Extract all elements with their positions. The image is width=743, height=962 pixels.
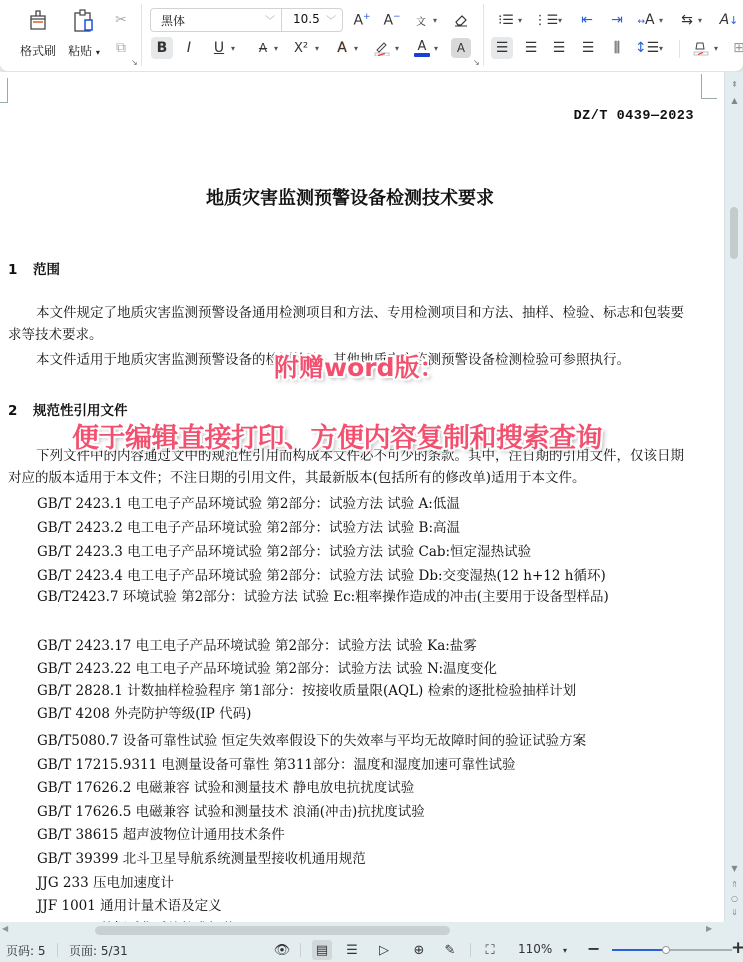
char-spacing-icon: ↔A (637, 12, 654, 28)
underline-button[interactable]: U (208, 37, 230, 59)
format-painter-label: 格式刷 (20, 42, 56, 59)
line-spacing-icon: ↕☰ (635, 40, 659, 56)
previous-page-icon[interactable]: ⇞ (729, 80, 740, 89)
font-size-select[interactable]: 10.5 ﹀ (281, 8, 343, 32)
reference-item: GB/T 2828.1 计数抽样检验程序 第1部分：按接收质量限(AQL) 检索… (37, 679, 576, 699)
document-title: 地质灾害监测预警设备检测技术要求 (0, 184, 700, 210)
outline-icon: ☰ (346, 943, 358, 958)
copy-icon: ⧉ (116, 40, 126, 56)
sort-icon: A↓ (720, 12, 739, 28)
eraser-icon (453, 13, 469, 27)
phonetic-guide-icon: 文 (416, 13, 426, 28)
zoom-level-select[interactable]: 110% (518, 942, 552, 956)
reference-item: GB/T 17626.5 电磁兼容 试验和测量技术 浪涌(冲击)抗扰度试验 (37, 800, 425, 820)
chevron-down-icon: ﹀ (326, 12, 336, 27)
scroll-down-arrow-icon[interactable]: ▼ (729, 864, 740, 873)
margin-marker (701, 74, 717, 99)
horizontal-scroll-thumb[interactable] (95, 926, 450, 935)
strikethrough-button[interactable]: A (252, 37, 274, 59)
font-dialog-launcher-icon[interactable]: ↘ (473, 58, 480, 67)
char-spacing-button[interactable]: ↔A (635, 9, 657, 31)
borders-button[interactable]: ⊞ (728, 37, 743, 59)
zoom-slider-fill (612, 949, 665, 951)
chevron-down-icon[interactable]: ▾ (395, 44, 399, 53)
highlight-button[interactable] (371, 37, 393, 59)
reference-item: GB/T2423.7 环境试验 第2部分：试验方法 试验 Ec:粗率操作造成的冲… (8, 585, 698, 609)
cut-button[interactable]: ✂ (110, 9, 132, 31)
document-page[interactable]: DZ/T 0439—2023 地质灾害监测预警设备检测技术要求 1范围 本文件规… (0, 72, 724, 922)
text-effect-icon: A (337, 40, 347, 56)
zoom-slider-handle[interactable] (662, 946, 670, 954)
page-view-icon: ▤ (316, 943, 328, 958)
pen-icon: ✎ (445, 943, 456, 958)
highlighter-icon (373, 40, 391, 56)
sort-button[interactable]: A↓ (718, 9, 740, 31)
reference-item: GB/T 2423.22 电工电子产品环境试验 第2部分：试验方法 试验 N:温… (37, 657, 497, 677)
increase-indent-button[interactable]: ⇥ (606, 9, 628, 31)
underline-icon: U (214, 40, 224, 56)
fit-screen-icon: ⛶ (485, 943, 494, 958)
distributed-align-button[interactable]: ⫼ (606, 37, 628, 59)
text-direction-icon: ⇆ (681, 12, 693, 28)
chevron-down-icon[interactable]: ▾ (434, 44, 438, 53)
status-separator (300, 943, 301, 957)
justify-icon: ☰ (582, 40, 595, 56)
chevron-down-icon[interactable]: ▾ (518, 16, 522, 25)
document-canvas[interactable]: DZ/T 0439—2023 地质灾害监测预警设备检测技术要求 1范围 本文件规… (0, 72, 724, 922)
font-color-bar (414, 53, 430, 57)
justify-button[interactable]: ☰ (577, 37, 599, 59)
chevron-down-icon[interactable]: ▾ (274, 44, 278, 53)
reference-item: GB/T 2423.2 电工电子产品环境试验 第2部分：试验方法 试验 B:高温 (37, 516, 460, 536)
format-painter-button[interactable]: 格式刷 (16, 6, 60, 62)
chevron-down-icon[interactable]: ▾ (563, 946, 567, 955)
vertical-scroll-thumb[interactable] (730, 207, 738, 259)
bullet-list-icon: ⁝☰ (498, 13, 514, 28)
section-number: 1 (8, 262, 33, 278)
superscript-button[interactable]: X² (290, 37, 312, 59)
bullets-button[interactable]: ⁝☰ (495, 9, 517, 31)
wps-writer-window: 格式刷 粘贴 ▾ ✂ ⧉ ↘ 黑体 ﹀ 10.5 ﹀ A+ (0, 0, 743, 962)
shrink-font-button[interactable]: A− (381, 9, 403, 31)
ribbon-separator (679, 40, 680, 58)
chevron-down-icon[interactable]: ▾ (433, 16, 437, 25)
reference-item: GB/T 17626.2 电磁兼容 试验和测量技术 静电放电抗扰度试验 (37, 776, 414, 796)
shrink-font-icon: A− (383, 12, 400, 29)
paste-icon (71, 8, 97, 34)
previous-page-icon[interactable]: ⇑ (729, 880, 740, 889)
page-view-button[interactable]: ▤ (312, 940, 332, 960)
text-effect-button[interactable]: A (331, 37, 353, 59)
align-right-icon: ☰ (553, 40, 566, 56)
chevron-down-icon[interactable]: ▾ (659, 44, 663, 53)
ribbon-separator (141, 4, 142, 66)
font-name-select[interactable]: 黑体 ﹀ (150, 8, 282, 32)
line-spacing-button[interactable]: ↕☰ (636, 37, 658, 59)
draw-button[interactable]: ✎ (440, 940, 460, 960)
font-size-value: 10.5 (293, 12, 320, 26)
borders-icon: ⊞ (733, 40, 743, 56)
grow-font-icon: A+ (353, 12, 370, 29)
play-icon: ▷ (379, 943, 389, 958)
standard-number: DZ/T 0439—2023 (574, 109, 694, 124)
align-center-icon: ☰ (525, 40, 538, 56)
margin-marker (0, 78, 8, 103)
indent-icon: ⇥ (611, 12, 623, 28)
outdent-icon: ⇤ (581, 12, 593, 28)
chevron-down-icon: ﹀ (265, 12, 275, 27)
section-heading: 1范围 (8, 258, 60, 278)
web-layout-button[interactable]: ⊕ (409, 940, 429, 960)
reference-item: GB/T 17215.9311 电测量设备可靠性 第311部分：温度和湿度加速可… (37, 753, 516, 773)
select-browse-object-icon[interactable]: ○ (729, 894, 740, 903)
ribbon-toolbar: 格式刷 粘贴 ▾ ✂ ⧉ ↘ 黑体 ﹀ 10.5 ﹀ A+ (0, 0, 743, 72)
page-number-indicator[interactable]: 页码: 5 (6, 942, 46, 959)
promo-watermark-line1: 附赠word版： (274, 348, 445, 384)
bold-icon: B (157, 40, 168, 56)
distributed-align-icon: ⫼ (614, 40, 620, 56)
clear-format-button[interactable] (450, 9, 472, 31)
section-number: 2 (8, 403, 33, 419)
shading-button[interactable] (690, 37, 712, 59)
align-center-button[interactable]: ☰ (520, 37, 542, 59)
page-count-indicator[interactable]: 页面: 5/31 (69, 942, 128, 959)
chevron-down-icon[interactable]: ▾ (354, 44, 358, 53)
copy-button[interactable]: ⧉ (110, 37, 132, 59)
outline-view-button[interactable]: ☰ (342, 940, 362, 960)
paragraph: 本文件规定了地质灾害监测预警设备通用检测项目和方法、专用检测项目和方法、抽样、检… (8, 302, 694, 346)
scroll-right-arrow-icon[interactable]: ▶ (706, 924, 712, 933)
ribbon-separator (483, 4, 484, 66)
align-left-button[interactable]: ☰ (491, 37, 513, 59)
superscript-icon: X² (294, 41, 308, 56)
font-color-icon: A (418, 40, 427, 53)
align-left-icon: ☰ (496, 40, 509, 56)
paste-label: 粘贴 ▾ (68, 42, 100, 59)
chevron-down-icon[interactable]: ▾ (558, 16, 562, 25)
numbering-button[interactable]: ⋮☰ (535, 9, 557, 31)
play-button[interactable]: ▷ (374, 940, 394, 960)
reference-item: GB/T 39399 北斗卫星导航系统测量型接收机通用规范 (37, 847, 366, 867)
reference-item: GB/T 2423.4 电工电子产品环境试验 第2部分：试验方法 试验 Db:交… (37, 564, 606, 584)
chevron-down-icon[interactable]: ▾ (698, 16, 702, 25)
eye-icon: 👁︎ (274, 943, 291, 958)
zoom-in-button[interactable]: + (731, 938, 743, 958)
reading-mode-button[interactable]: 👁︎ (272, 940, 292, 960)
vertical-scrollbar[interactable]: ⇞ ▲ ▼ ⇑ ○ ⇓ (724, 72, 743, 922)
character-shading-icon: A (457, 41, 465, 55)
italic-icon: I (187, 40, 191, 56)
reference-item: JJF 1001 通用计量术语及定义 (37, 894, 222, 914)
globe-icon: ⊕ (414, 943, 425, 958)
chevron-down-icon[interactable]: ▾ (714, 44, 718, 53)
character-shading-button[interactable]: A (451, 38, 471, 58)
reference-item: GB/T 38615 超声波物位计通用技术条件 (37, 823, 285, 843)
scissors-icon: ✂ (115, 12, 127, 28)
next-page-icon[interactable]: ⇓ (729, 908, 740, 917)
grow-font-button[interactable]: A+ (351, 9, 373, 31)
italic-button[interactable]: I (178, 37, 200, 59)
paint-bucket-icon (692, 40, 710, 56)
numbered-list-icon: ⋮☰ (534, 13, 559, 28)
bold-button[interactable]: B (151, 37, 173, 59)
fit-window-button[interactable]: ⛶ (480, 940, 500, 960)
text-direction-button[interactable]: ⇆ (676, 9, 698, 31)
decrease-indent-button[interactable]: ⇤ (576, 9, 598, 31)
reference-item: GB/T 2423.17 电工电子产品环境试验 第2部分：试验方法 试验 Ka:… (37, 634, 477, 654)
reference-item: GB/T 4208 外壳防护等级(IP 代码) (37, 702, 251, 722)
horizontal-scrollbar[interactable]: ◀ ▶ (0, 922, 724, 938)
section-title: 范围 (33, 262, 60, 278)
zoom-out-button[interactable]: − (587, 939, 600, 958)
align-right-button[interactable]: ☰ (548, 37, 570, 59)
status-separator (470, 943, 471, 957)
phonetic-guide-button[interactable]: 文 (410, 9, 432, 31)
chevron-down-icon[interactable]: ▾ (315, 44, 319, 53)
paste-button[interactable]: 粘贴 ▾ (62, 6, 106, 62)
scroll-left-arrow-icon[interactable]: ◀ (2, 924, 8, 933)
paste-text: 粘贴 (68, 44, 92, 58)
scroll-up-arrow-icon[interactable]: ▲ (729, 96, 740, 105)
status-separator (57, 943, 58, 957)
reference-item: JJG 233 压电加速度计 (37, 871, 174, 891)
status-bar: 页码: 5 页面: 5/31 👁︎ ▤ ☰ ▷ ⊕ ✎ ⛶ 110% ▾ − + (0, 938, 743, 962)
reference-item: GB/T 2423.3 电工电子产品环境试验 第2部分：试验方法 试验 Cab:… (37, 540, 531, 560)
font-color-button[interactable]: A (411, 37, 433, 59)
reference-item: GB/T 2423.1 电工电子产品环境试验 第2部分：试验方法 试验 A:低温 (37, 492, 460, 512)
reference-item: GB/T5080.7 设备可靠性试验 恒定失效率假设下的失效率与平均无故障时间的… (37, 729, 586, 749)
chevron-down-icon[interactable]: ▾ (231, 44, 235, 53)
format-painter-icon (25, 8, 51, 34)
clipboard-dialog-launcher-icon[interactable]: ↘ (131, 58, 138, 67)
font-name-value: 黑体 (161, 14, 185, 28)
chevron-down-icon[interactable]: ▾ (659, 16, 663, 25)
promo-watermark-line2: 便于编辑直接打印、方便内容复制和搜索查询 (72, 416, 602, 455)
strikethrough-icon: A (259, 41, 267, 55)
